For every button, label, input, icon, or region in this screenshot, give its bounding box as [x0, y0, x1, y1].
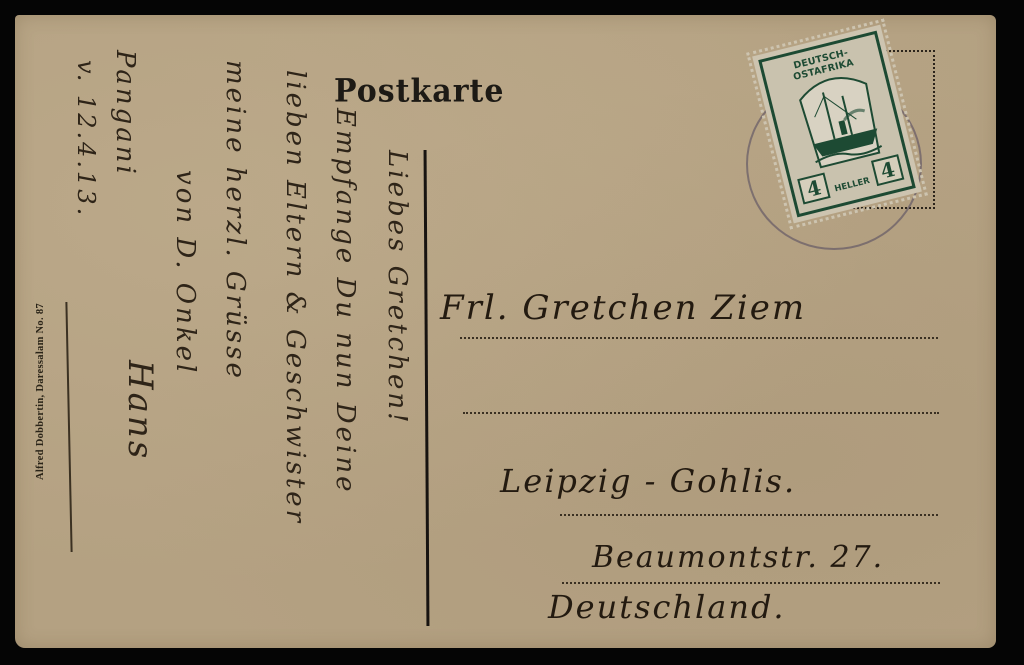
- message-line-2: Empfange Du nun Deine: [330, 108, 360, 494]
- message-line-3: lieben Eltern & Geschwister: [280, 70, 310, 525]
- message-line-5: von D. Onkel: [170, 170, 200, 375]
- message-signature: Hans: [120, 360, 160, 461]
- address-city: Leipzig - Gohlis.: [500, 462, 796, 500]
- message-line-4: meine herzl. Grüsse: [220, 60, 250, 381]
- address-line-2: [463, 412, 939, 414]
- address-line-1: [460, 337, 938, 339]
- stamp-value-left: 4: [797, 172, 830, 204]
- message-place: Pangani: [110, 50, 140, 177]
- message-line-1: Liebes Gretchen!: [382, 150, 412, 426]
- address-line-4: [562, 582, 940, 584]
- publisher-imprint: Alfred Dobbertin, Daressalam No. 87: [35, 303, 46, 480]
- address-line-3: [560, 514, 938, 516]
- stamp-value-right: 4: [871, 154, 904, 186]
- stamp-currency: HELLER: [830, 175, 875, 195]
- message-date: v. 12.4.13.: [72, 60, 100, 218]
- address-recipient: Frl. Gretchen Ziem: [440, 288, 806, 328]
- address-country: Deutschland.: [548, 588, 786, 626]
- address-street: Beaumontstr. 27.: [592, 540, 884, 575]
- postcard-title: Postkarte: [334, 73, 504, 110]
